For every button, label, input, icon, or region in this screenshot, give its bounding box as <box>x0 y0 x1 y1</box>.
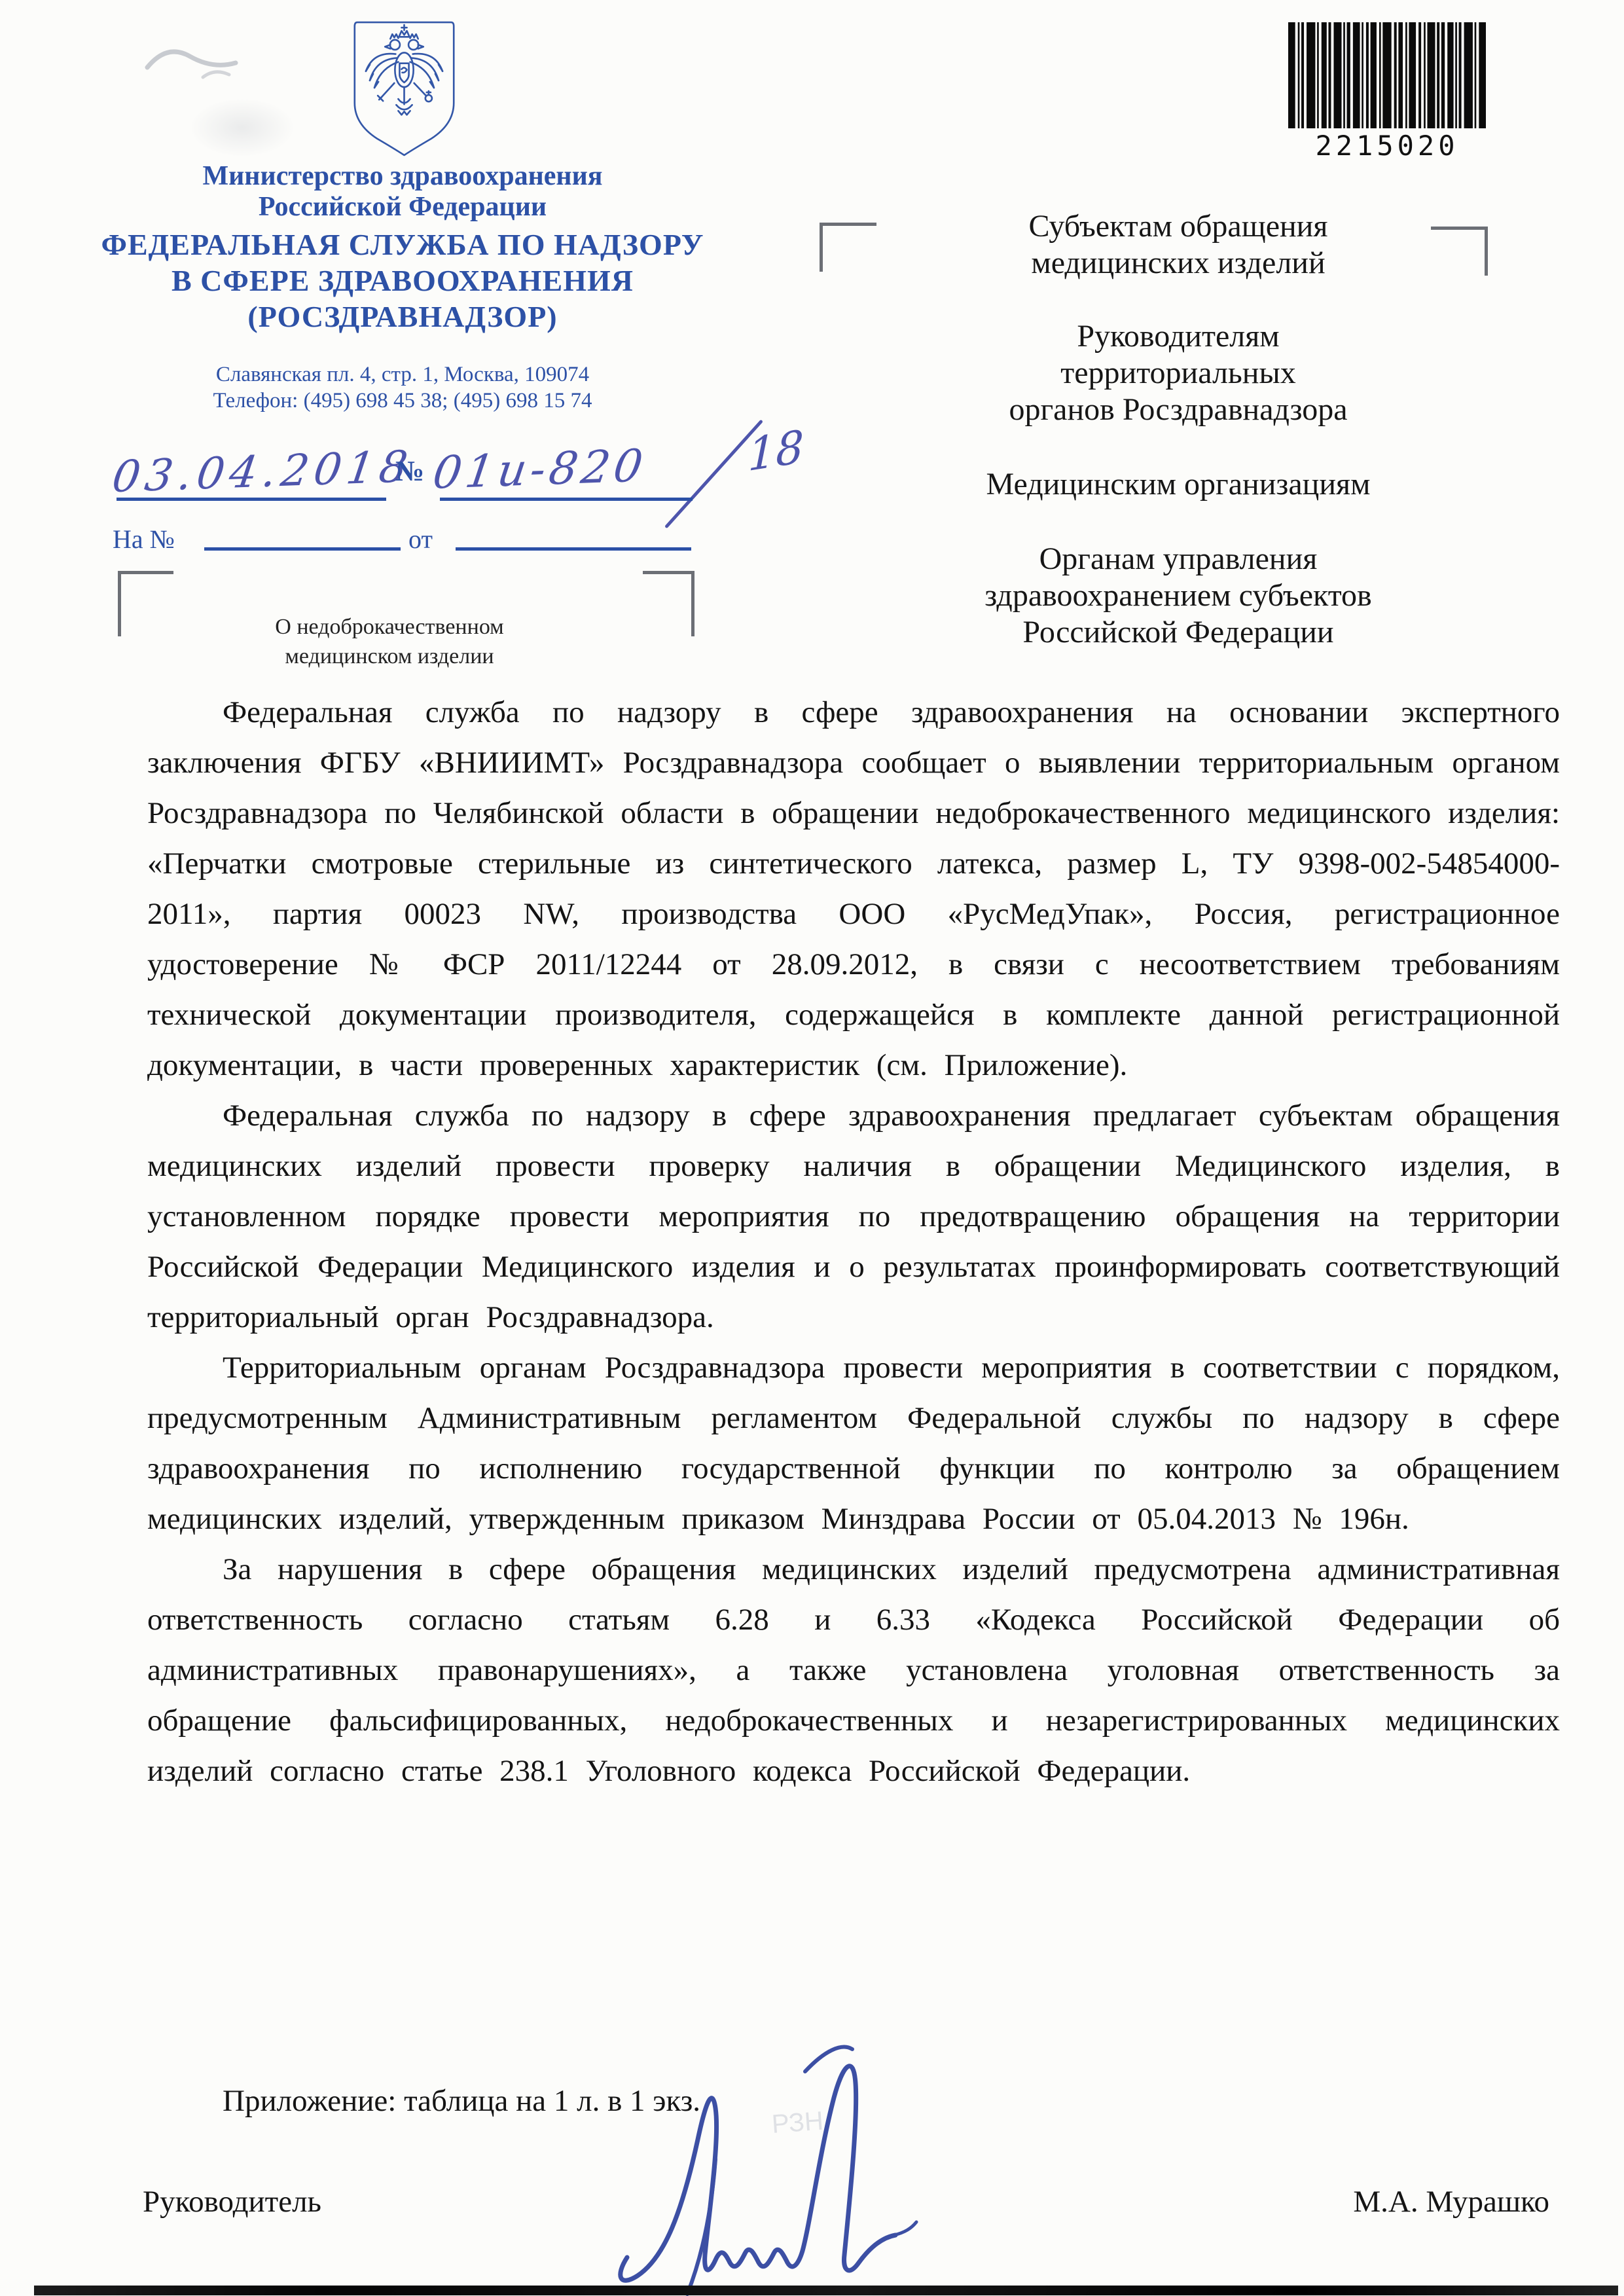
ministry-name-line2: Российской Федерации <box>75 192 730 223</box>
reply-number-underline <box>204 547 401 551</box>
subject-zone-corner-left <box>118 571 173 636</box>
reply-number-label: На № <box>113 524 175 555</box>
service-name-line1: ФЕДЕРАЛЬНАЯ СЛУЖБА ПО НАДЗОРУ <box>75 227 730 263</box>
phone-numbers: Телефон: (495) 698 45 38; (495) 698 15 7… <box>75 388 730 414</box>
barcode-number: 2215020 <box>1288 130 1486 162</box>
registration-barcode: 2215020 <box>1288 22 1486 162</box>
service-name: ФЕДЕРАЛЬНАЯ СЛУЖБА ПО НАДЗОРУ В СФЕРЕ ЗД… <box>75 227 730 335</box>
recipient-group-subjects: Субъектам обращения медицинских изделий <box>857 208 1499 282</box>
scan-edge-artifact <box>34 2286 1618 2295</box>
recipient-line: Органам управления <box>857 541 1499 577</box>
body-paragraph-1: Федеральная служба по надзору в сфере зд… <box>147 687 1560 1091</box>
number-underline <box>440 498 693 501</box>
body-paragraph-3: Территориальным органам Росздравнадзора … <box>147 1343 1560 1544</box>
letter-body: Федеральная служба по надзору в сфере зд… <box>147 687 1560 1796</box>
body-paragraph-2: Федеральная служба по надзору в сфере зд… <box>147 1091 1560 1343</box>
recipient-group-medical-organizations: Медицинским организациям <box>857 466 1499 503</box>
barcode-bars-icon <box>1288 22 1486 128</box>
recipient-line: здравоохранением субъектов <box>857 577 1499 614</box>
subject-zone-corner-right <box>643 571 695 636</box>
number-sign: № <box>395 454 424 488</box>
outgoing-number-suffix: 18 <box>748 421 804 483</box>
subject-line2: медицинском изделии <box>216 642 563 671</box>
recipient-line: Медицинским организациям <box>857 466 1499 503</box>
recipient-line: органов Росздравнадзора <box>857 392 1499 428</box>
signer-position-label: Руководитель <box>143 2184 321 2219</box>
scanned-letter-page: Министерство здравоохранения Российской … <box>0 0 1624 2296</box>
stamp-ghost-text: РЗН <box>771 2107 825 2139</box>
ministry-name: Министерство здравоохранения Российской … <box>75 161 730 223</box>
service-name-line3: (РОСЗДРАВНАДЗОР) <box>75 299 730 335</box>
recipient-line: Субъектам обращения <box>857 208 1499 245</box>
recipient-line: Российской Федерации <box>857 614 1499 651</box>
handwritten-signature: РЗН <box>609 2035 1080 2296</box>
date-underline <box>117 498 386 501</box>
outgoing-number-handwritten: 01и-820 <box>430 440 650 500</box>
contact-block: Славянская пл. 4, стр. 1, Москва, 109074… <box>75 361 730 414</box>
reply-date-underline <box>456 547 691 551</box>
recipient-group-health-authorities: Органам управления здравоохранением субъ… <box>857 541 1499 651</box>
recipient-line: медицинских изделий <box>857 245 1499 282</box>
subject-line1: О недоброкачественном <box>216 612 563 642</box>
postal-address: Славянская пл. 4, стр. 1, Москва, 109074 <box>75 361 730 388</box>
ministry-name-line1: Министерство здравоохранения <box>75 161 730 192</box>
signer-name: М.А. Мурашко <box>1353 2184 1549 2219</box>
outgoing-date-handwritten: 03.04.2018 <box>109 441 416 502</box>
recipient-group-territorial-heads: Руководителям территориальных органов Ро… <box>857 318 1499 428</box>
recipient-line: Руководителям <box>857 318 1499 355</box>
reply-from-label: от <box>408 524 433 555</box>
letter-subject: О недоброкачественном медицинском издели… <box>216 612 563 671</box>
coat-of-arms-icon <box>347 18 461 157</box>
scan-smudge <box>190 98 295 157</box>
recipient-line: территориальных <box>857 355 1499 392</box>
pencil-mark-artifact <box>141 31 311 103</box>
body-paragraph-4: За нарушения в сфере обращения медицинск… <box>147 1544 1560 1796</box>
service-name-line2: В СФЕРЕ ЗДРАВООХРАНЕНИЯ <box>75 263 730 299</box>
